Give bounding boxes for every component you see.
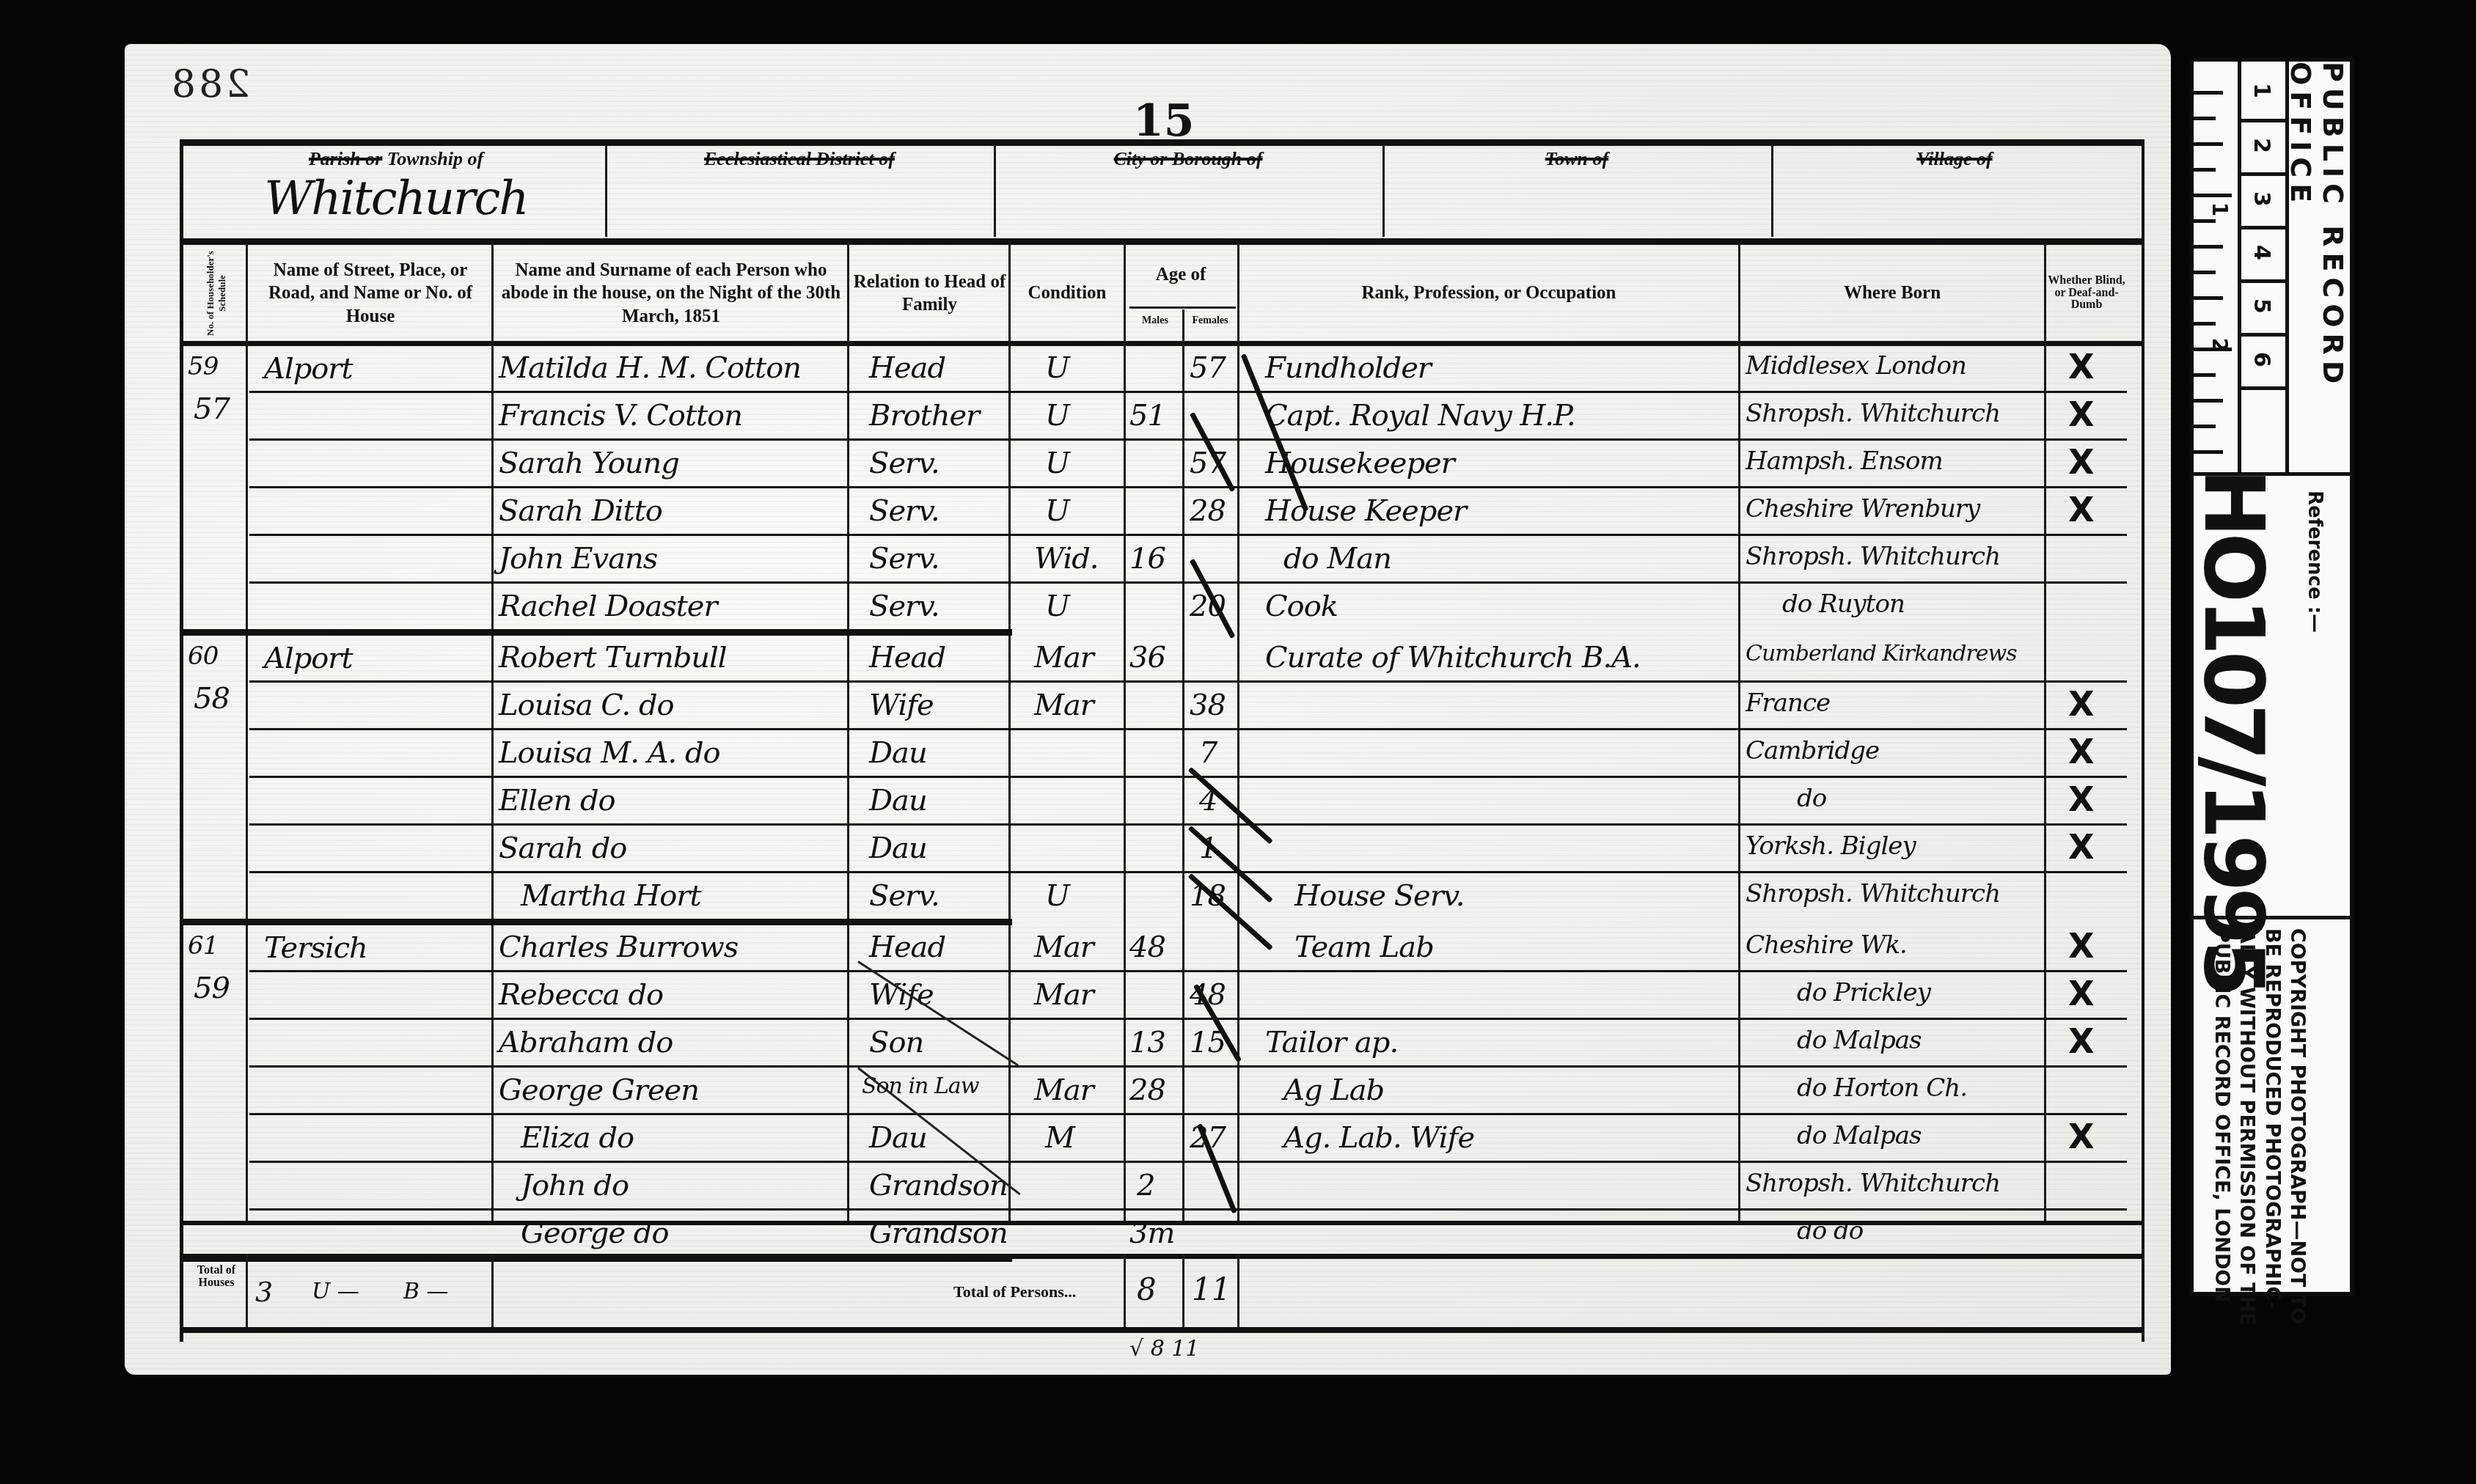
census-sheet: 288 15 Parish or Township of Whitchurch … (125, 44, 2171, 1375)
row-rule (249, 581, 2127, 584)
person-row: Louisa M. A. do Dau 7 Cambridge X (183, 732, 2142, 779)
person-row: Eliza do Dau M 27 Ag. Lab. Wife do Malpa… (183, 1117, 2142, 1164)
row-rule (249, 438, 2127, 441)
col-head-occupation: Rank, Profession, or Occupation (1239, 249, 1738, 337)
row-rule (249, 776, 2127, 778)
person-where-born: Hampsh. Ensom (1746, 447, 1943, 476)
reference-label: Reference :— (2304, 491, 2326, 633)
ruler-tick (2194, 373, 2216, 377)
divider (994, 145, 996, 237)
person-condition: U (1045, 589, 1069, 623)
person-row: Francis V. Cotton Brother U 51 Capt. Roy… (183, 394, 2142, 442)
person-name: Eliza do (521, 1121, 634, 1155)
ruler-tick (2194, 194, 2232, 197)
person-condition: Mar (1034, 978, 1094, 1012)
ruler-tick (2194, 117, 2216, 120)
total-males: 8 (1137, 1271, 1157, 1307)
person-row: George Green Son in Law Mar 28 Ag Lab do… (183, 1069, 2142, 1117)
person-condition: Wid. (1034, 542, 1099, 576)
household-end-rule (183, 919, 1012, 925)
reference-block: Reference :— HO107/1995 (2194, 472, 2350, 919)
col-head-schedule: No. of Householder's Schedule (187, 249, 246, 337)
col-head-males: Males (1129, 315, 1181, 327)
copyright-notice: COPYRIGHT PHOTOGRAPH—NOT TO BE REPRODUCE… (2208, 928, 2310, 1326)
disability-mark: X (2068, 827, 2094, 867)
total-persons-label: Total of Persons... (953, 1283, 1076, 1300)
person-relation: Dau (869, 784, 927, 818)
person-male-age: 2 (1137, 1169, 1154, 1202)
person-condition: M (1045, 1121, 1074, 1155)
total-females: 11 (1192, 1271, 1231, 1307)
person-condition: Mar (1034, 688, 1094, 722)
row-rule (249, 823, 2127, 826)
table-bottom-rule (183, 1221, 2142, 1225)
person-name: Sarah do (499, 831, 626, 865)
person-relation: Dau (869, 736, 927, 770)
person-occupation: House Keeper (1265, 494, 1466, 528)
tally-note: √ 8 11 (1129, 1336, 1199, 1362)
footer-divider (1182, 1254, 1184, 1331)
person-male-age: 48 (1129, 930, 1165, 964)
person-relation: Grandson (869, 1169, 1008, 1202)
person-occupation: do Man (1283, 542, 1391, 576)
person-row: Louisa C. do Wife Mar 38 France X (183, 684, 2142, 732)
person-where-born: do Prickley (1797, 978, 1930, 1007)
person-relation: Serv. (869, 589, 940, 623)
person-where-born: France (1746, 688, 1830, 718)
cm-label: 4 (2249, 245, 2274, 260)
person-name: Louisa M. A. do (499, 736, 720, 770)
person-row: George do Grandson 3m do do (183, 1212, 2142, 1260)
houses-building: B — (403, 1279, 449, 1304)
person-name: Sarah Young (499, 447, 679, 480)
person-row: Sarah Ditto Serv. U 28 House Keeper Ches… (183, 490, 2142, 537)
footer-bottom-rule (183, 1327, 2142, 1333)
person-where-born: Cambridge (1746, 736, 1879, 765)
footer-divider (491, 1254, 494, 1331)
person-row: Sarah Young Serv. U 57 Housekeeper Hamps… (183, 442, 2142, 490)
divider (1382, 145, 1385, 237)
row-rule (249, 391, 2127, 393)
person-name: Louisa C. do (499, 688, 674, 722)
person-occupation: Cook (1265, 589, 1338, 623)
ruler-tick (2194, 399, 2223, 403)
district-ecclesiastical: Ecclesiastical District of (609, 148, 990, 236)
cm-label: 6 (2249, 352, 2274, 367)
divider (605, 145, 607, 237)
archive-stamp: 1 2 1 2 3 4 5 6 PUBLIC RECORD OFFICE Ref… (2189, 57, 2354, 1296)
inch-label: 1 (2208, 202, 2232, 216)
person-where-born: Shropsh. Whitchurch (1746, 879, 2000, 908)
divider (1771, 145, 1773, 237)
person-condition: U (1045, 399, 1069, 433)
col-head-disability: Whether Blind, or Deaf-and-Dumb (2046, 249, 2127, 337)
person-occupation: Tailor ap. (1265, 1026, 1398, 1059)
person-row: John Evans Serv. Wid. 16 do Man Shropsh.… (183, 537, 2142, 585)
person-where-born: do (1797, 784, 1826, 813)
enumeration-form: Parish or Township of Whitchurch Ecclesi… (180, 139, 2144, 1342)
district-village: Village of (1775, 148, 2134, 236)
person-female-age: 57 (1190, 351, 1226, 385)
person-row: Rachel Doaster Serv. U 20 Cook do Ruyton (183, 585, 2142, 633)
ruler-tick (2194, 322, 2216, 326)
row-rule (249, 970, 2127, 972)
person-female-age: 18 (1190, 879, 1226, 913)
col-head-females: Females (1184, 315, 1236, 327)
person-occupation: Ag. Lab. Wife (1283, 1121, 1474, 1155)
person-where-born: Shropsh. Whitchurch (1746, 1169, 2000, 1198)
total-houses-label: Total of Houses (188, 1265, 245, 1290)
person-occupation: Fundholder (1265, 351, 1431, 385)
page-number: 288 (169, 62, 250, 106)
person-relation: Serv. (869, 879, 940, 913)
disability-mark: X (2068, 1021, 2094, 1061)
houses-uninhabited: U — (312, 1279, 359, 1304)
disability-mark: X (2068, 347, 2094, 386)
row-rule (249, 1208, 2127, 1211)
person-name: Matilda H. M. Cotton (499, 351, 801, 385)
row-rule (249, 1113, 2127, 1115)
person-relation: Wife (869, 688, 934, 722)
ruler-tick (2194, 91, 2223, 95)
ruler-tick (2194, 271, 2216, 274)
person-name: Francis V. Cotton (499, 399, 742, 433)
cm-box: 4 (2238, 226, 2285, 283)
person-where-born: Shropsh. Whitchurch (1746, 399, 2000, 428)
person-row: Rebecca do Wife Mar 48 do Prickley X (183, 974, 2142, 1021)
district-label-struck: Parish or (309, 148, 382, 169)
person-male-age: 13 (1129, 1026, 1165, 1059)
top-rule (183, 139, 2142, 146)
footer-divider (1124, 1254, 1126, 1331)
person-condition: U (1045, 447, 1069, 480)
person-row: Matilda H. M. Cotton Head U 57 Fundholde… (183, 347, 2142, 394)
disability-mark: X (2068, 684, 2094, 724)
col-head-where-born: Where Born (1742, 249, 2043, 337)
column-head-rule (183, 341, 2142, 346)
person-name: Martha Hort (521, 879, 700, 913)
footer-divider (246, 1254, 248, 1331)
person-relation: Head (869, 351, 945, 385)
ruler-tick (2194, 219, 2216, 223)
person-name: Abraham do (499, 1026, 673, 1059)
person-occupation: Ag Lab (1283, 1073, 1384, 1107)
footer-divider (1237, 1254, 1239, 1331)
person-name: Robert Turnbull (499, 641, 727, 675)
person-row: Martha Hort Serv. U 18 House Serv. Shrop… (183, 875, 2142, 922)
person-name: John Evans (499, 542, 657, 576)
houses-inhabited: 3 (255, 1276, 273, 1308)
person-relation: Serv. (869, 447, 940, 480)
township-value: Whitchurch (191, 172, 601, 226)
cm-box: 6 (2238, 333, 2285, 390)
person-condition: U (1045, 879, 1069, 913)
disability-mark: X (2068, 974, 2094, 1013)
cm-label: 1 (2249, 83, 2274, 98)
row-rule (249, 1065, 2127, 1068)
person-occupation: Capt. Royal Navy H.P. (1265, 399, 1575, 433)
person-name: Rachel Doaster (499, 589, 717, 623)
disability-mark: X (2068, 926, 2094, 966)
ruler-inch-scale: 1 2 (2194, 62, 2241, 472)
cm-box: 2 (2238, 119, 2285, 176)
institution-text: PUBLIC RECORD OFFICE (2285, 62, 2349, 472)
person-relation: Wife (869, 978, 934, 1012)
disability-mark: X (2068, 779, 2094, 819)
disability-mark: X (2068, 1117, 2094, 1156)
person-occupation: House Serv. (1294, 879, 1464, 913)
person-where-born: do Malpas (1797, 1026, 1921, 1055)
row-rule (249, 486, 2127, 488)
ruler-tick (2194, 296, 2223, 300)
col-head-condition: Condition (1012, 249, 1122, 337)
col-head-relation: Relation to Head of Family (851, 249, 1008, 337)
ruler-tick (2194, 168, 2216, 172)
col-head-name: Name and Surname of each Person who abod… (495, 249, 847, 337)
person-row: Robert Turnbull Head Mar 36 Curate of Wh… (183, 636, 2142, 684)
person-where-born: do Malpas (1797, 1121, 1921, 1150)
person-where-born: do Horton Ch. (1797, 1073, 1967, 1103)
row-rule (249, 871, 2127, 873)
person-relation: Head (869, 930, 945, 964)
totals-footer: Total of Houses 3 U — B — Total of Perso… (183, 1254, 2142, 1334)
disability-mark: X (2068, 732, 2094, 771)
person-relation: Head (869, 641, 945, 675)
cm-label: 5 (2249, 298, 2274, 314)
person-relation: Serv. (869, 542, 940, 576)
person-row: Charles Burrows Head Mar 48 Team Lab Che… (183, 926, 2142, 974)
person-condition: Mar (1034, 930, 1094, 964)
header-rule (183, 238, 2142, 245)
ruler-tick (2194, 245, 2223, 249)
person-condition: Mar (1034, 641, 1094, 675)
row-rule (249, 1161, 2127, 1163)
person-where-born: Cumberland Kirkandrews (1746, 641, 2017, 666)
person-row: Sarah do Dau 1 Yorksh. Bigley X (183, 827, 2142, 875)
person-condition: U (1045, 351, 1069, 385)
district-label: Township of (387, 148, 483, 169)
person-relation: Son (869, 1026, 923, 1059)
disability-mark: X (2068, 394, 2094, 434)
col-head-age: Age of (1126, 249, 1236, 301)
person-female-age: 7 (1199, 736, 1217, 770)
footer-top-rule (183, 1254, 2142, 1259)
row-rule (249, 1018, 2127, 1020)
inch-label: 2 (2208, 338, 2232, 352)
ruler-tick (2194, 425, 2216, 428)
cm-label: 3 (2249, 191, 2274, 207)
row-rule (249, 680, 2127, 683)
person-female-age: 38 (1190, 688, 1226, 722)
person-name: Ellen do (499, 784, 615, 818)
district-town: Town of (1386, 148, 1768, 236)
person-where-born: Yorksh. Bigley (1746, 831, 1916, 861)
person-female-age: 28 (1190, 494, 1226, 528)
ruler-cm-scale: 1 2 3 4 5 6 (2238, 62, 2289, 472)
institution-label: PUBLIC RECORD OFFICE (2288, 62, 2346, 472)
person-where-born: Cheshire Wk. (1746, 930, 1907, 960)
cm-box: 1 (2238, 62, 2285, 122)
person-male-age: 28 (1129, 1073, 1165, 1107)
disability-mark: X (2068, 490, 2094, 529)
person-name: Charles Burrows (499, 930, 738, 964)
ruler-tick (2194, 142, 2223, 146)
person-name: Rebecca do (499, 978, 663, 1012)
cm-label: 2 (2249, 138, 2274, 153)
person-where-born: Shropsh. Whitchurch (1746, 542, 2000, 571)
row-rule (249, 728, 2127, 730)
person-relation: Dau (869, 1121, 927, 1155)
cm-box: 5 (2238, 279, 2285, 337)
person-where-born: Middlesex London (1746, 351, 1966, 381)
person-occupation: Curate of Whitchurch B.A. (1265, 641, 1641, 675)
person-name: George Green (499, 1073, 699, 1107)
person-occupation: Team Lab (1294, 930, 1434, 964)
person-male-age: 51 (1129, 399, 1165, 433)
person-name: Sarah Ditto (499, 494, 662, 528)
copyright-block: COPYRIGHT PHOTOGRAPH—NOT TO BE REPRODUCE… (2194, 916, 2350, 1296)
person-row: John do Grandson 2 Shropsh. Whitchurch (183, 1164, 2142, 1212)
cm-box: 3 (2238, 172, 2285, 229)
col-head-street: Name of Street, Place, or Road, and Name… (249, 249, 491, 337)
household-end-rule (183, 629, 1012, 636)
district-city-borough: City or Borough of (997, 148, 1379, 236)
person-male-age: 16 (1129, 542, 1165, 576)
person-row: Ellen do Dau 4 do X (183, 779, 2142, 827)
ruler-tick (2194, 450, 2223, 454)
district-township: Parish or Township of Whitchurch (191, 148, 601, 236)
row-rule (249, 534, 2127, 536)
person-where-born: Cheshire Wrenbury (1746, 494, 1979, 524)
person-row: Abraham do Son 13 15 Tailor ap. do Malpa… (183, 1021, 2142, 1069)
person-male-age: 36 (1129, 641, 1165, 675)
disability-mark: X (2068, 442, 2094, 482)
age-subrule (1129, 306, 1236, 309)
person-relation: Serv. (869, 494, 940, 528)
person-relation: Dau (869, 831, 927, 865)
person-condition: U (1045, 494, 1069, 528)
reference-number: HO107/1995 (2157, 469, 2274, 993)
person-relation: Brother (869, 399, 979, 433)
person-where-born: do Ruyton (1782, 589, 1905, 619)
person-condition: Mar (1034, 1073, 1094, 1107)
person-name: John do (521, 1169, 629, 1202)
